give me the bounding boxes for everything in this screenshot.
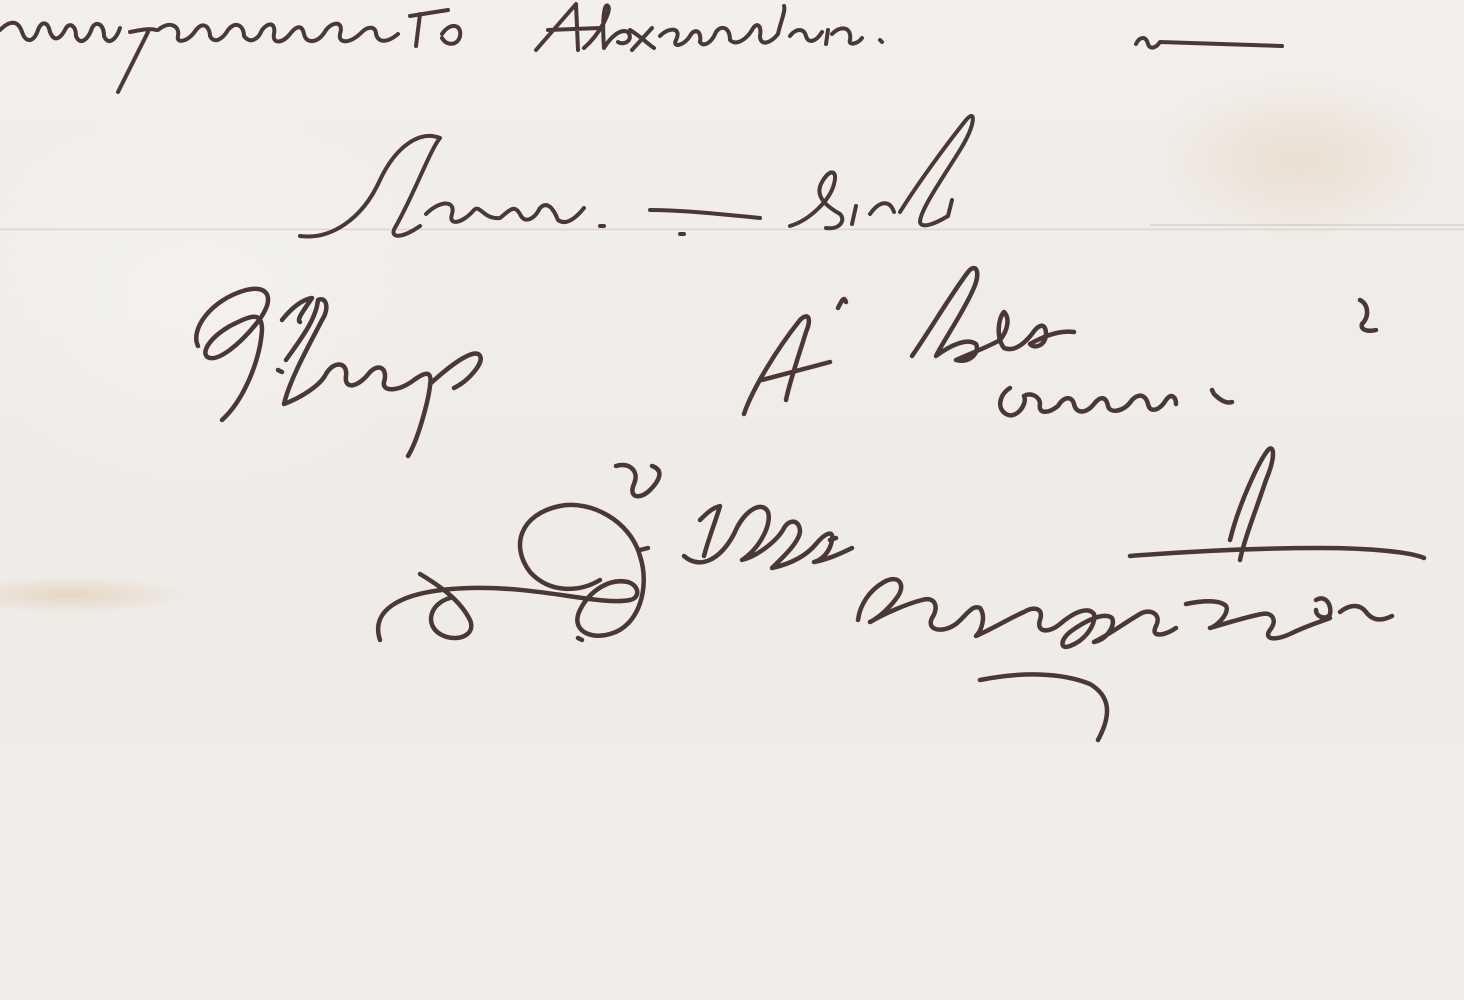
handwriting-ink: [0, 0, 1464, 1000]
line-i-am-sir-ink: [300, 116, 973, 237]
line-very-humble-servant-ink: [196, 268, 1376, 456]
signature-ink: [378, 448, 1424, 740]
line-conveyance-ink: [0, 4, 1282, 92]
